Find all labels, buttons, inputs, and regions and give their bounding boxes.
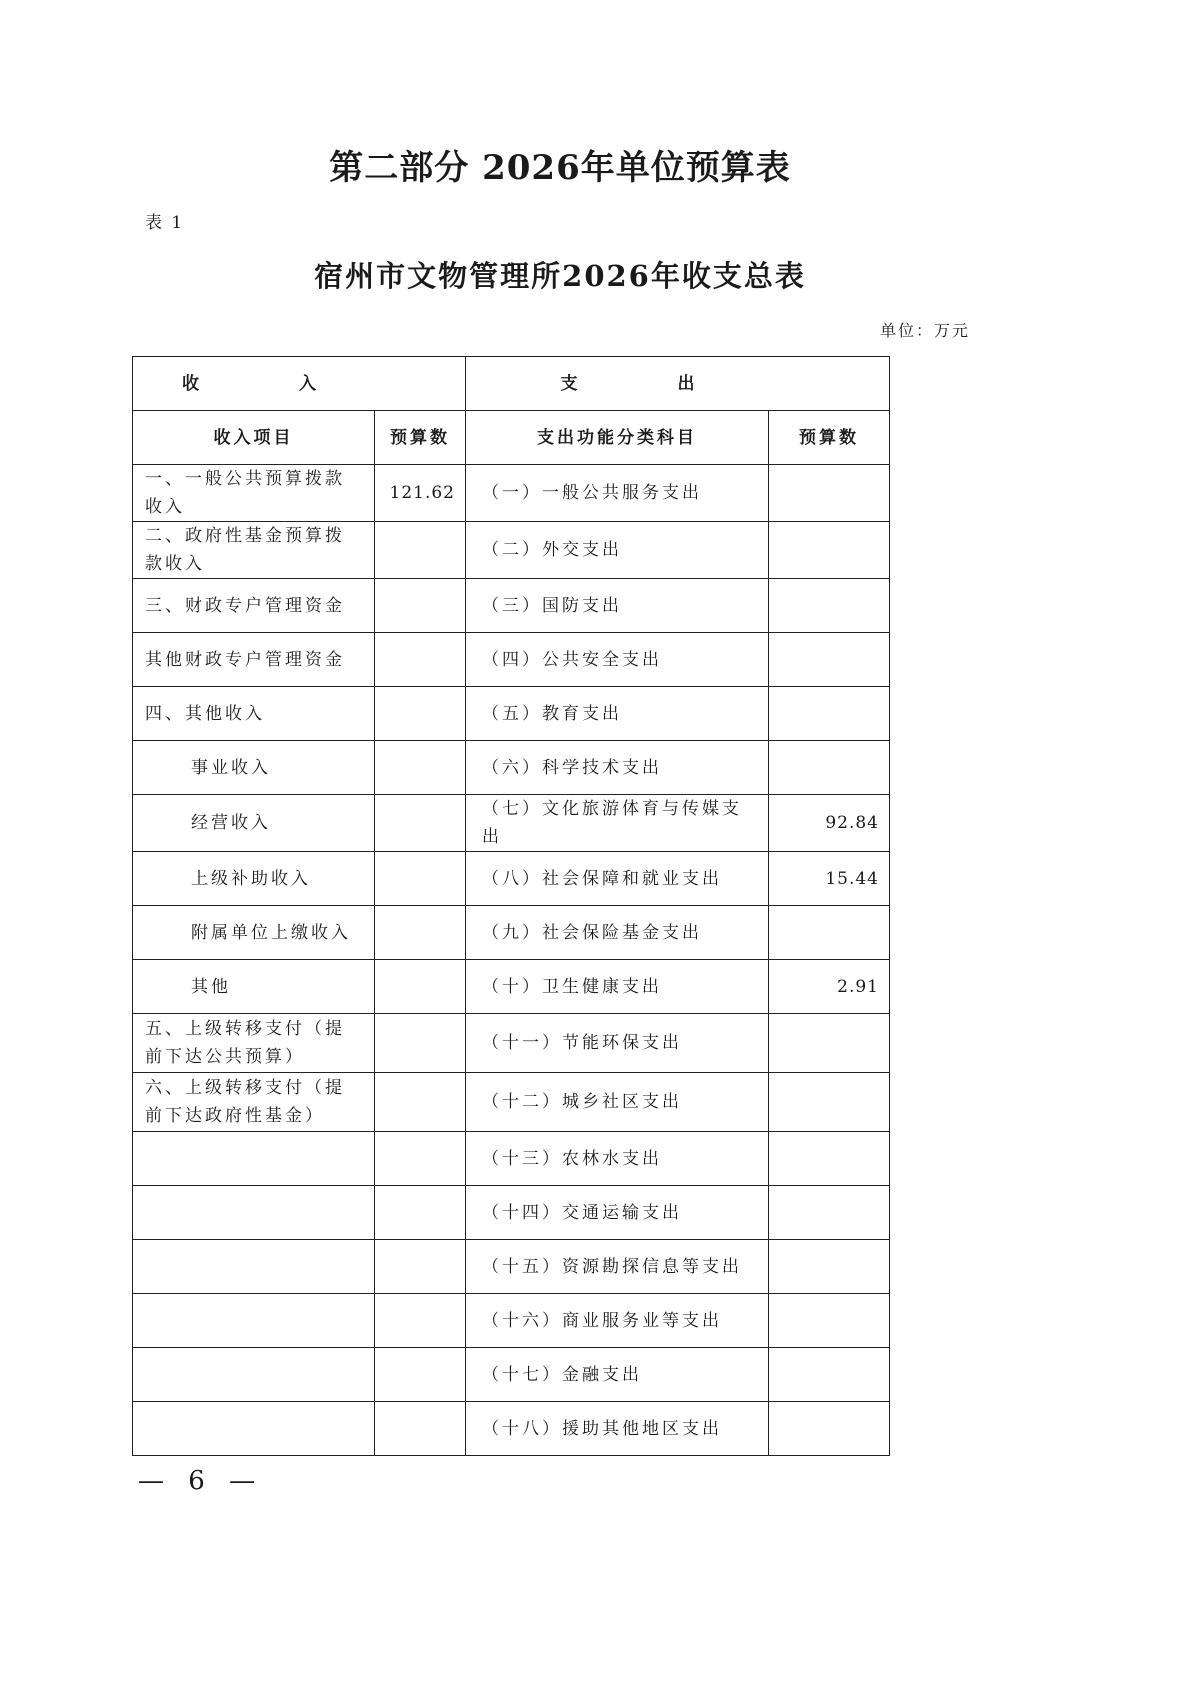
income-budget: 121.62 [375, 465, 466, 522]
income-item: 上级补助收入 [133, 852, 375, 906]
group-header-row: 收入 支出 [133, 357, 890, 411]
income-item [133, 1294, 375, 1348]
income-item [133, 1186, 375, 1240]
table-row: 六、上级转移支付（提前下达政府性基金） （十二）城乡社区支出 [133, 1073, 890, 1132]
income-budget [375, 1402, 466, 1456]
table-row: （十六）商业服务业等支出 [133, 1294, 890, 1348]
expense-item: （七）文化旅游体育与传媒支出 [466, 795, 769, 852]
income-budget [375, 633, 466, 687]
expense-item: （十八）援助其他地区支出 [466, 1402, 769, 1456]
table-row: 其他财政专户管理资金 （四）公共安全支出 [133, 633, 890, 687]
income-item: 一、一般公共预算拨款收入 [133, 465, 375, 522]
income-budget-header: 预算数 [375, 411, 466, 465]
table-row: （十五）资源勘探信息等支出 [133, 1240, 890, 1294]
expense-item: （十六）商业服务业等支出 [466, 1294, 769, 1348]
expense-item: （九）社会保险基金支出 [466, 906, 769, 960]
table-label: 表 1 [145, 208, 184, 233]
income-budget [375, 741, 466, 795]
table-row: （十四）交通运输支出 [133, 1186, 890, 1240]
expense-item: （十三）农林水支出 [466, 1132, 769, 1186]
expense-item-header: 支出功能分类科目 [466, 411, 769, 465]
expense-item: （十四）交通运输支出 [466, 1186, 769, 1240]
income-budget [375, 1240, 466, 1294]
expense-budget [769, 1240, 890, 1294]
income-budget [375, 579, 466, 633]
income-budget [375, 852, 466, 906]
income-item [133, 1402, 375, 1456]
expense-item: （十七）金融支出 [466, 1348, 769, 1402]
expense-item: （十二）城乡社区支出 [466, 1073, 769, 1132]
page-title: 第二部分 2026年单位预算表 [0, 140, 1120, 189]
expense-budget [769, 465, 890, 522]
expense-item: （四）公共安全支出 [466, 633, 769, 687]
expense-budget [769, 1402, 890, 1456]
table-row: 附属单位上缴收入 （九）社会保险基金支出 [133, 906, 890, 960]
expense-item: （十）卫生健康支出 [466, 960, 769, 1014]
income-item [133, 1132, 375, 1186]
table-title: 宿州市文物管理所2026年收支总表 [0, 254, 1120, 295]
column-header-row: 收入项目 预算数 支出功能分类科目 预算数 [133, 411, 890, 465]
table-row: 一、一般公共预算拨款收入 121.62 （一）一般公共服务支出 [133, 465, 890, 522]
expense-item: （六）科学技术支出 [466, 741, 769, 795]
expense-budget [769, 687, 890, 741]
income-budget [375, 1294, 466, 1348]
income-budget [375, 1348, 466, 1402]
income-item [133, 1240, 375, 1294]
income-item: 二、政府性基金预算拨款收入 [133, 522, 375, 579]
income-budget [375, 1014, 466, 1073]
income-item: 六、上级转移支付（提前下达政府性基金） [133, 1073, 375, 1132]
expense-item: （十一）节能环保支出 [466, 1014, 769, 1073]
income-budget [375, 795, 466, 852]
expense-budget [769, 741, 890, 795]
table-row: 三、财政专户管理资金 （三）国防支出 [133, 579, 890, 633]
income-budget [375, 1132, 466, 1186]
expense-budget: 2.91 [769, 960, 890, 1014]
expense-budget: 15.44 [769, 852, 890, 906]
income-item: 四、其他收入 [133, 687, 375, 741]
expense-budget [769, 1294, 890, 1348]
income-budget [375, 906, 466, 960]
expense-budget [769, 906, 890, 960]
expense-budget [769, 522, 890, 579]
income-item-header: 收入项目 [133, 411, 375, 465]
expense-budget [769, 1132, 890, 1186]
table-row: 其他 （十）卫生健康支出 2.91 [133, 960, 890, 1014]
unit-label: 单位：万元 [880, 318, 970, 341]
income-item: 其他 [133, 960, 375, 1014]
income-budget [375, 1186, 466, 1240]
expense-item: （一）一般公共服务支出 [466, 465, 769, 522]
table-row: （十三）农林水支出 [133, 1132, 890, 1186]
income-item: 经营收入 [133, 795, 375, 852]
income-budget [375, 1073, 466, 1132]
expense-group-header: 支出 [466, 357, 890, 411]
page-number: — 6 — [138, 1466, 263, 1496]
income-item [133, 1348, 375, 1402]
expense-item: （十五）资源勘探信息等支出 [466, 1240, 769, 1294]
expense-item: （八）社会保障和就业支出 [466, 852, 769, 906]
income-group-header: 收入 [133, 357, 466, 411]
table-row: 五、上级转移支付（提前下达公共预算） （十一）节能环保支出 [133, 1014, 890, 1073]
expense-budget-header: 预算数 [769, 411, 890, 465]
expense-budget [769, 633, 890, 687]
income-budget [375, 960, 466, 1014]
table-row: （十八）援助其他地区支出 [133, 1402, 890, 1456]
expense-budget [769, 1073, 890, 1132]
income-budget [375, 522, 466, 579]
income-item: 其他财政专户管理资金 [133, 633, 375, 687]
budget-summary-table: 收入 支出 收入项目 预算数 支出功能分类科目 预算数 一、一般公共预算拨款收入… [132, 356, 890, 1456]
table-row: 四、其他收入 （五）教育支出 [133, 687, 890, 741]
expense-budget: 92.84 [769, 795, 890, 852]
table-row: 经营收入 （七）文化旅游体育与传媒支出 92.84 [133, 795, 890, 852]
expense-item: （二）外交支出 [466, 522, 769, 579]
income-budget [375, 687, 466, 741]
income-item: 附属单位上缴收入 [133, 906, 375, 960]
income-item: 五、上级转移支付（提前下达公共预算） [133, 1014, 375, 1073]
table-row: 事业收入 （六）科学技术支出 [133, 741, 890, 795]
table-row: （十七）金融支出 [133, 1348, 890, 1402]
income-item: 三、财政专户管理资金 [133, 579, 375, 633]
table-row: 上级补助收入 （八）社会保障和就业支出 15.44 [133, 852, 890, 906]
expense-budget [769, 1348, 890, 1402]
expense-item: （三）国防支出 [466, 579, 769, 633]
expense-budget [769, 579, 890, 633]
table-row: 二、政府性基金预算拨款收入 （二）外交支出 [133, 522, 890, 579]
income-item: 事业收入 [133, 741, 375, 795]
expense-item: （五）教育支出 [466, 687, 769, 741]
expense-budget [769, 1014, 890, 1073]
expense-budget [769, 1186, 890, 1240]
